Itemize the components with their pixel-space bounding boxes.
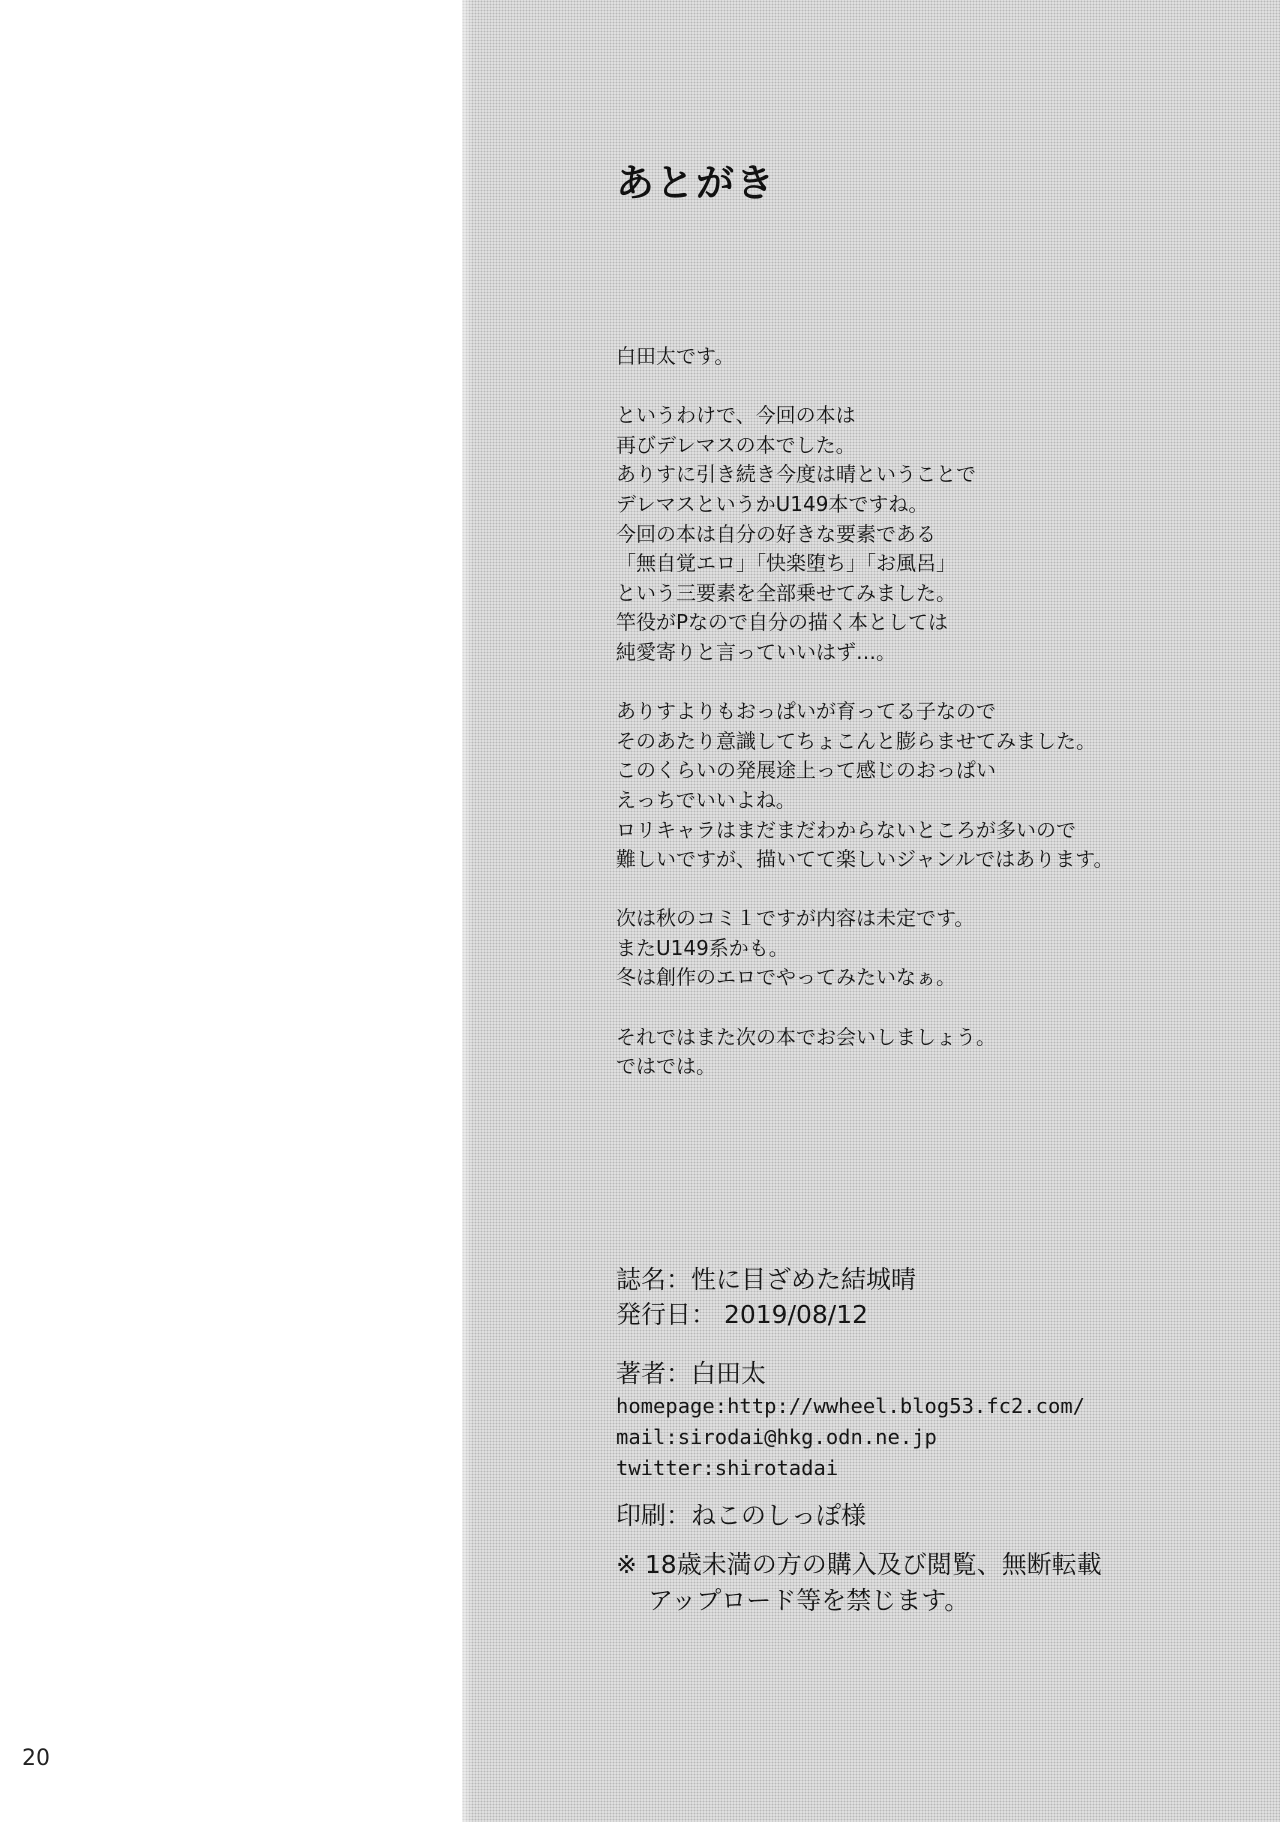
- age-restriction-notice: ※ 18歳未満の方の購入及び閲覧、無断転載: [616, 1547, 1102, 1583]
- text-line: ロリキャラはまだまだわからないところが多いので: [616, 816, 1114, 846]
- text-line: そのあたり意識してちょこんと膨らませてみました。: [616, 727, 1114, 757]
- text-line: 今回の本は自分の好きな要素である: [616, 520, 1114, 550]
- text-line: えっちでいいよね。: [616, 786, 1114, 816]
- page-margin: [0, 0, 462, 1822]
- text-line: またU149系かも。: [616, 934, 1114, 964]
- publication-date: 発行日： 2019/08/12: [616, 1297, 1102, 1332]
- text-line: 冬は創作のエロでやってみたいなぁ。: [616, 963, 1114, 993]
- text-line: というわけで、今回の本は: [616, 401, 1114, 431]
- author: 著者：白田太: [616, 1356, 1102, 1391]
- screentone-edge: [452, 0, 472, 1822]
- text-line: このくらいの発展途上って感じのおっぱい: [616, 756, 1114, 786]
- mail-address: mail:sirodai@hkg.odn.ne.jp: [616, 1422, 1102, 1453]
- page-number: 20: [22, 1746, 50, 1771]
- text-line: それではまた次の本でお会いしましょう。: [616, 1023, 1114, 1053]
- text-line: ありすに引き続き今度は晴ということで: [616, 460, 1114, 490]
- text-line: 竿役がPなので自分の描く本としては: [616, 608, 1114, 638]
- text-line: デレマスというかU149本ですね。: [616, 490, 1114, 520]
- paragraph-greeting: 白田太です。: [616, 342, 1114, 372]
- text-line: 純愛寄りと言っていいはず…。: [616, 638, 1114, 668]
- afterword-body: 白田太です。 というわけで、今回の本は 再びデレマスの本でした。 ありすに引き続…: [616, 342, 1114, 1111]
- afterword-title: あとがき: [616, 152, 776, 207]
- text-line: 白田太です。: [616, 342, 1114, 372]
- paragraph-book-intro: というわけで、今回の本は 再びデレマスの本でした。 ありすに引き続き今度は晴とい…: [616, 401, 1114, 667]
- text-line: 「無自覚エロ」「快楽堕ち」「お風呂」: [616, 549, 1114, 579]
- publication-title: 誌名：性に目ざめた結城晴: [616, 1262, 1102, 1297]
- spacer: [616, 1332, 1102, 1356]
- colophon: 誌名：性に目ざめた結城晴 発行日： 2019/08/12 著者：白田太 home…: [616, 1262, 1102, 1619]
- text-line: ありすよりもおっぱいが育ってる子なので: [616, 697, 1114, 727]
- paragraph-closing: それではまた次の本でお会いしましょう。 ではでは。: [616, 1023, 1114, 1082]
- printer: 印刷：ねこのしっぽ様: [616, 1498, 1102, 1533]
- reproduction-notice: アップロード等を禁じます。: [616, 1583, 1102, 1619]
- homepage-link: homepage:http://wwheel.blog53.fc2.com/: [616, 1391, 1102, 1422]
- twitter-handle: twitter:shirotadai: [616, 1453, 1102, 1484]
- text-line: ではでは。: [616, 1052, 1114, 1082]
- spacer: [616, 1484, 1102, 1498]
- paragraph-next-plans: 次は秋のコミ１ですが内容は未定です。 またU149系かも。 冬は創作のエロでやっ…: [616, 904, 1114, 993]
- text-line: 次は秋のコミ１ですが内容は未定です。: [616, 904, 1114, 934]
- paragraph-character-notes: ありすよりもおっぱいが育ってる子なので そのあたり意識してちょこんと膨らませてみ…: [616, 697, 1114, 875]
- text-line: 難しいですが、描いてて楽しいジャンルではあります。: [616, 845, 1114, 875]
- text-line: 再びデレマスの本でした。: [616, 431, 1114, 461]
- spacer: [616, 1533, 1102, 1547]
- text-line: という三要素を全部乗せてみました。: [616, 579, 1114, 609]
